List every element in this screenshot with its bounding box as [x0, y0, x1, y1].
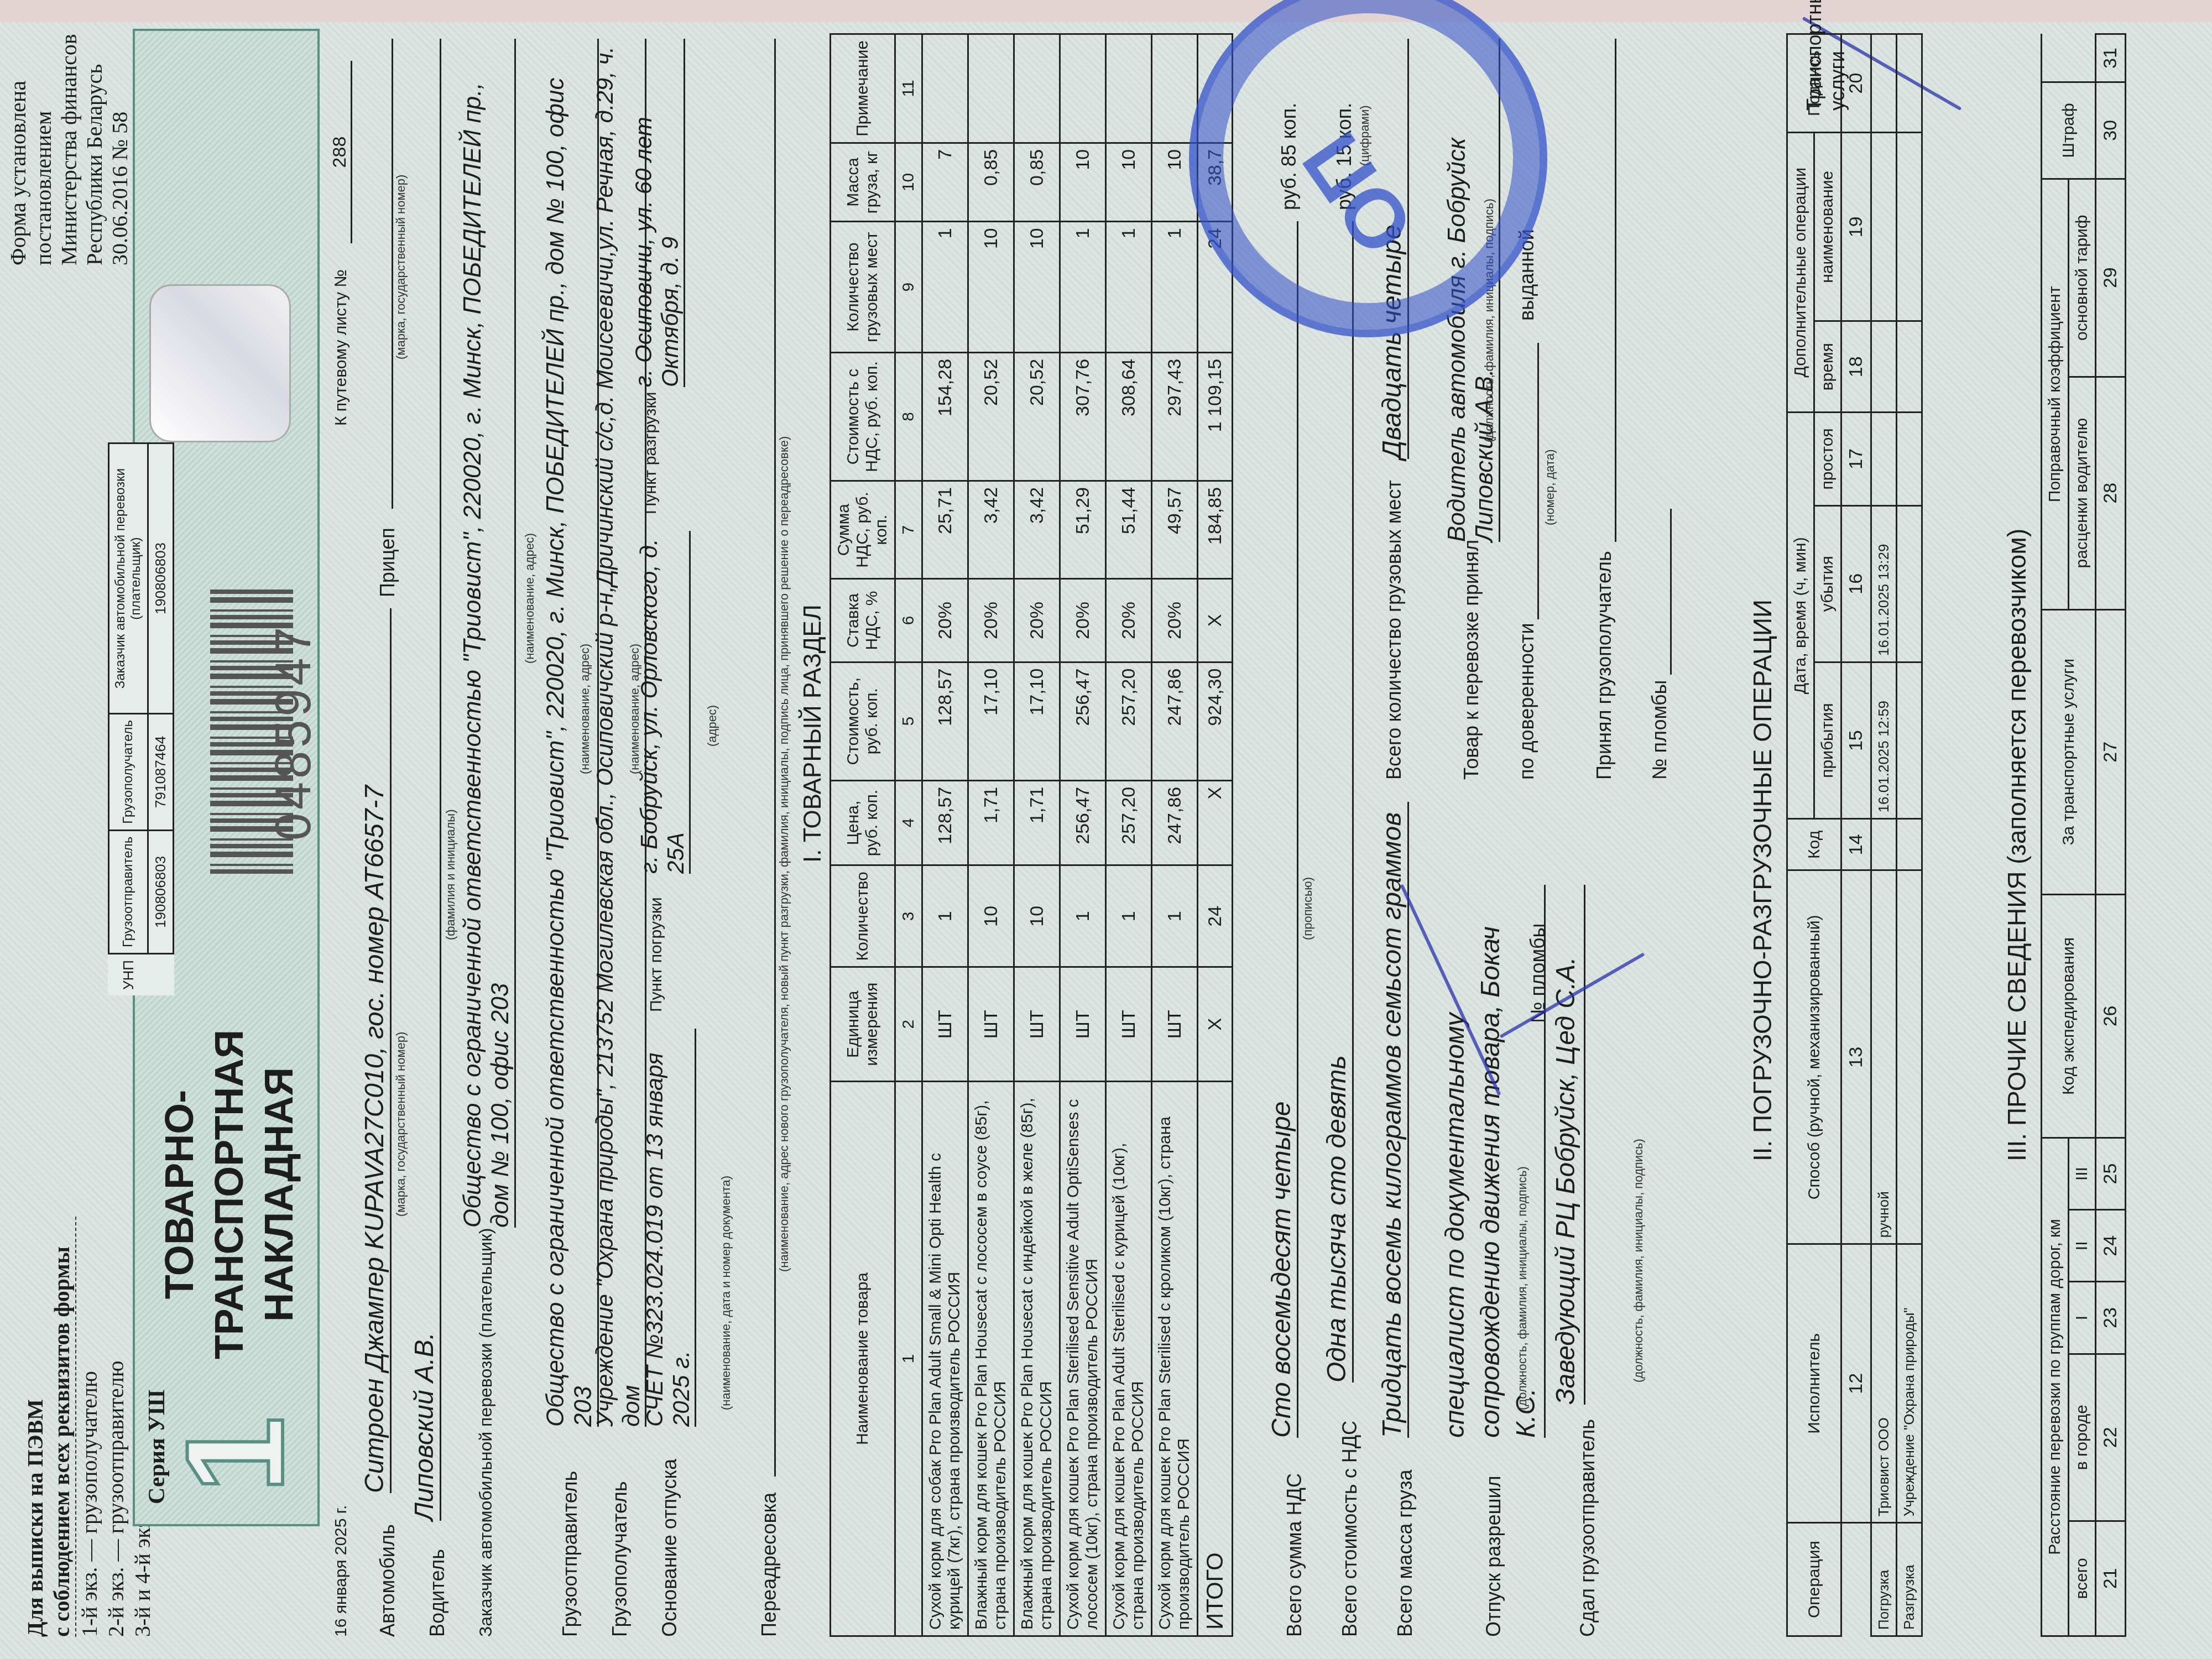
goods-cell-price: 247,86 — [1152, 780, 1198, 865]
basis-field: СЧЕТ №323.024.019 от 13 января 2025 г. — [641, 1029, 696, 1427]
goods-cell-vat_sum: 184,85 — [1198, 481, 1233, 578]
goods-column-header: Сумма НДС, руб. коп. — [831, 481, 895, 578]
column-number: 22 — [2096, 1354, 2126, 1521]
goods-cell-unit: ШТ — [922, 967, 968, 1082]
goods-cell-cost_vat: 307,76 — [1060, 352, 1106, 481]
loading-op-idle — [1871, 413, 1897, 505]
column-number: 8 — [895, 352, 922, 481]
handed-field: Заведующий РЦ Бобруйск, Цед С.А. — [1548, 885, 1585, 1405]
loading-op-row: ПогрузкаТриовист ОООручной16.01.2025 12:… — [1871, 34, 1897, 1636]
column-number: 19 — [1841, 133, 1871, 321]
places-total-label: Всего количество грузовых мест — [1383, 480, 1406, 780]
col-expedition: Код экспедирования — [2042, 894, 2096, 1138]
column-number: 12 — [1841, 1244, 1871, 1523]
transport-services-label: Транспортные услуги — [1803, 0, 1849, 111]
unloading-point-field: г. Осиповичи, ул. 60 лет Октября, д. 9 — [630, 39, 685, 387]
goods-cell-vat_sum: 25,71 — [922, 481, 968, 578]
unp-label: УНП — [109, 954, 148, 995]
column-number: 16 — [1841, 505, 1871, 662]
goods-cell-cost_vat: 20,52 — [968, 352, 1014, 481]
approval-line: Форма установлена — [6, 34, 31, 265]
document-title: ТОВАРНО-ТРАНСПОРТНАЯ НАКЛАДНАЯ — [155, 973, 304, 1416]
loading-op-code — [1897, 819, 1922, 870]
title-line: ТОВАРНО-ТРАНСПОРТНАЯ — [155, 973, 254, 1416]
goods-column-header: Цена, руб. коп. — [831, 780, 895, 865]
goods-cell-qty: 1 — [1152, 865, 1198, 967]
goods-row: Сухой корм для кошек Pro Plan Sterilised… — [1060, 34, 1106, 1636]
instruction-line: Для выписки на ПЭВМ — [22, 1217, 49, 1637]
col-extra-name: наименование — [1814, 133, 1841, 321]
column-number: 13 — [1841, 870, 1871, 1244]
loading-op-row: РазгрузкаУчреждение "Охрана природы" — [1897, 34, 1922, 1636]
title-line: НАКЛАДНАЯ — [254, 973, 304, 1416]
col-driver-rate: расценки водителю — [2069, 377, 2096, 609]
goods-cell-vat_rate: 20% — [922, 579, 968, 662]
goods-cell-price: Х — [1198, 780, 1233, 865]
received-label: Принял грузополучатель — [1593, 551, 1616, 780]
goods-cell-vat_sum: 3,42 — [968, 481, 1014, 578]
party-label: Грузополучатель — [109, 714, 148, 831]
readdress-hint: (наименование, адрес нового грузополучат… — [777, 436, 791, 1272]
column-number: 24 — [2096, 1210, 2126, 1282]
goods-cell-price: 128,57 — [922, 780, 968, 865]
loading-op-arrival: 16.01.2025 12:59 — [1871, 662, 1897, 818]
goods-cell-note — [968, 34, 1014, 143]
form-approval: Форма установлена постановлением Министе… — [6, 34, 133, 265]
goods-row: Влажный корм для кошек Pro Plan Housecat… — [968, 34, 1014, 1636]
shipper-label: Грузоотправитель — [559, 1471, 582, 1637]
goods-cell-name: Влажный корм для кошек Pro Plan Housecat… — [968, 1082, 1014, 1636]
cost-total-words: Одна тысяча сто девять — [1322, 221, 1354, 1383]
instruction-line: с соблюдением всех реквизитов формы — [49, 1217, 76, 1637]
words-hint: (прописью) — [1301, 877, 1315, 940]
goods-cell-name: Сухой корм для кошек Pro Plan Adult Ster… — [1106, 1082, 1152, 1636]
person-hint: (должность, фамилия, инициалы, подпись) — [1631, 1139, 1646, 1383]
loading-op-executor: Триовист ООО — [1871, 1244, 1897, 1523]
other-info-title: III. ПРОЧИЕ СВЕДЕНИЯ (заполняется перево… — [2002, 529, 2032, 1161]
loading-op-departure: 16.01.2025 13:29 — [1871, 505, 1897, 662]
waybill-ref-label: К путевому листу № — [332, 269, 351, 426]
basis-label: Основание отпуска — [658, 1459, 681, 1637]
goods-cell-cost_vat: 297,43 — [1152, 352, 1198, 481]
loading-op-signature — [1897, 34, 1922, 133]
loading-op-method — [1897, 870, 1922, 1244]
basis-hint: (наименование, дата и номер документа) — [719, 1176, 733, 1410]
col-group: III — [2069, 1138, 2096, 1209]
col-extra: Дополнительные операции — [1787, 133, 1814, 413]
release-label: Отпуск разрешил — [1482, 1475, 1505, 1637]
goods-cell-mass: 0,85 — [1014, 143, 1060, 222]
party-label: Заказчик автомобильной перевозки (плател… — [109, 444, 148, 714]
customer-field: Общество с ограниченной ответственностью… — [459, 39, 516, 1228]
loading-op-departure — [1897, 505, 1922, 662]
col-datetime: Дата, время (ч, мин) — [1787, 413, 1814, 819]
loading-ops-title: II. ПОГРУЗОЧНО-РАЗГРУЗОЧНЫЕ ОПЕРАЦИИ — [1747, 599, 1777, 1161]
goods-column-header: Количество грузовых мест — [831, 222, 895, 353]
column-number: 29 — [2096, 179, 2126, 377]
loading-op-operation: Погрузка — [1871, 1523, 1897, 1636]
goods-cell-cost: 128,57 — [922, 662, 968, 780]
loading-op-executor: Учреждение "Охрана природы" — [1897, 1244, 1922, 1523]
approval-line: постановлением — [31, 34, 56, 265]
goods-cell-price: 257,20 — [1106, 780, 1152, 865]
proxy-hint: (номер, дата) — [1543, 449, 1557, 525]
goods-row: Сухой корм для кошек Pro Plan Adult Ster… — [1106, 34, 1152, 1636]
col-arrival: прибытия — [1814, 662, 1841, 818]
goods-section-title: I. ТОВАРНЫЙ РАЗДЕЛ — [799, 604, 827, 863]
goods-cell-note — [922, 34, 968, 143]
goods-cell-qty: 10 — [1014, 865, 1060, 967]
background-surface — [0, 0, 2212, 22]
unloading-point-label: Пункт разгрузки — [641, 392, 660, 514]
vehicle-hint: (марка, государственный номер) — [394, 1032, 408, 1217]
loading-op-arrival — [1897, 662, 1922, 818]
goods-cell-mass: 10 — [1060, 143, 1106, 222]
column-number: 1 — [895, 1082, 922, 1636]
readdress-field — [741, 39, 776, 1477]
goods-cell-mass: 7 — [922, 143, 968, 222]
goods-row: Сухой корм для собак Pro Plan Adult Smal… — [922, 34, 968, 1636]
goods-cell-cost_vat: 308,64 — [1106, 352, 1152, 481]
trailer-hint: (марка, государственный номер) — [394, 175, 408, 359]
goods-cell-unit: ШТ — [1014, 967, 1060, 1082]
goods-cell-qty: 24 — [1198, 865, 1233, 967]
goods-cell-unit: ШТ — [1106, 967, 1152, 1082]
column-number: 26 — [2096, 894, 2126, 1138]
approval-line: Республики Беларусь — [82, 34, 107, 265]
goods-column-header: Наименование товара — [831, 1082, 895, 1636]
goods-cell-price: 1,71 — [968, 780, 1014, 865]
loading-op-extra_time — [1897, 321, 1922, 413]
received-field — [1587, 39, 1616, 542]
goods-cell-places: 10 — [968, 222, 1014, 353]
col-correction: Поправочный коэффициент — [2042, 179, 2069, 609]
loading-op-operation: Разгрузка — [1897, 1523, 1922, 1636]
cost-total-label: Всего стоимость с НДС — [1338, 1421, 1361, 1637]
mass-total-words: Тридцать восемь килограммов семьсот грам… — [1377, 802, 1409, 1438]
stamp-emblem: ОП — [1253, 44, 1473, 272]
goods-cell-vat_rate: 20% — [1106, 579, 1152, 662]
driver-field: Липовский А.В. — [409, 39, 441, 1521]
loading-op-signature — [1871, 34, 1897, 133]
col-distance: Расстояние перевозки по группам дорог, к… — [2042, 1138, 2069, 1636]
column-number: 3 — [895, 865, 922, 967]
goods-cell-vat_sum: 49,57 — [1152, 481, 1198, 578]
col-transport: За транспортные услуги — [2042, 609, 2096, 894]
unp-table: УНП Грузоотправитель Грузополучатель Зак… — [108, 442, 174, 995]
goods-cell-unit: Х — [1198, 967, 1233, 1082]
column-number: 23 — [2096, 1282, 2126, 1354]
loading-ops-table: Операция Исполнитель Способ (ручной, мех… — [1786, 33, 1923, 1637]
goods-table: Наименование товараЕдиница измеренияКоли… — [830, 33, 1233, 1637]
goods-cell-vat_rate: Х — [1198, 579, 1233, 662]
proxy-field — [1510, 343, 1539, 619]
column-number: 10 — [895, 143, 922, 222]
trailer-label: Прицеп — [376, 528, 399, 597]
approval-line: Министерства финансов — [56, 34, 82, 265]
column-number: 28 — [2096, 377, 2126, 609]
column-number: 7 — [895, 481, 922, 578]
goods-cell-price: 256,47 — [1060, 780, 1106, 865]
col-city: в городе — [2069, 1354, 2096, 1521]
goods-column-header: Количество — [831, 865, 895, 967]
goods-cell-cost_vat: 20,52 — [1014, 352, 1060, 481]
goods-cell-places: 1 — [1152, 222, 1198, 353]
goods-cell-cost: 924,30 — [1198, 662, 1233, 780]
column-number: 9 — [895, 222, 922, 353]
address-hint: (адрес) — [705, 705, 719, 747]
loading-point-label: Пункт погрузки — [647, 897, 666, 1012]
goods-cell-vat_rate: 20% — [1014, 579, 1060, 662]
goods-total-row: ИТОГОХ24Х924,30Х184,851 109,152438,7 — [1198, 34, 1233, 1636]
trailer-field — [359, 39, 393, 509]
accepted-label: Товар к перевозке принял — [1460, 540, 1483, 780]
column-number: 25 — [2096, 1138, 2126, 1209]
driver-hint: (фамилия и инициалы) — [444, 810, 458, 940]
goods-cell-vat_rate: 20% — [1152, 579, 1198, 662]
col-extra-time: время — [1814, 321, 1841, 413]
proxy-label: по доверенности — [1515, 623, 1538, 780]
goods-cell-name: Сухой корм для кошек Pro Plan Sterilised… — [1152, 1082, 1198, 1636]
waybill-ref-number: 288 — [329, 61, 352, 243]
copy-note: 1-й экз. — грузополучателю — [76, 1217, 103, 1637]
shipper-hint: (наименование, адрес) — [578, 644, 592, 774]
goods-cell-name: Сухой корм для кошек Pro Plan Sterilised… — [1060, 1082, 1106, 1636]
document-date: 16 января 2025 г. — [332, 1505, 351, 1637]
goods-cell-vat_sum: 3,42 — [1014, 481, 1060, 578]
party-unp: 190806803 — [148, 830, 174, 953]
column-number: 15 — [1841, 662, 1871, 818]
goods-cell-mass: 10 — [1106, 143, 1152, 222]
person-hint: (должность, фамилия, инициалы, подпись) — [1515, 1166, 1530, 1410]
goods-cell-places: 1 — [922, 222, 968, 353]
goods-cell-cost: 17,10 — [968, 662, 1014, 780]
approval-line: 30.06.2016 № 58 — [107, 34, 133, 265]
customer-label: Заказчик автомобильной перевозки (плател… — [476, 1228, 496, 1637]
other-info-table: Расстояние перевозки по группам дорог, к… — [2041, 33, 2126, 1637]
goods-cell-note — [1152, 34, 1198, 143]
column-number: 17 — [1841, 413, 1871, 505]
goods-cell-vat_sum: 51,29 — [1060, 481, 1106, 578]
customer-hint: (наименование, адрес) — [523, 533, 537, 664]
copy-note: 2-й экз. — грузоотправителю — [103, 1217, 129, 1637]
vat-total-words: Сто восемьдесят четыре — [1266, 221, 1298, 1438]
goods-cell-cost: 17,10 — [1014, 662, 1060, 780]
col-group: II — [2069, 1210, 2096, 1282]
goods-column-header: Стоимость, руб. коп. — [831, 662, 895, 780]
column-number: 27 — [2096, 609, 2126, 894]
goods-cell-unit: ШТ — [1152, 967, 1198, 1082]
goods-cell-cost: 256,47 — [1060, 662, 1106, 780]
col-idle: простоя — [1814, 413, 1841, 505]
column-number: 31 — [2096, 34, 2126, 82]
goods-cell-cost: 247,86 — [1152, 662, 1198, 780]
goods-cell-places: 1 — [1106, 222, 1152, 353]
loading-point-field: г. Бобруйск, ул. Орловского, д. 25А — [636, 531, 691, 874]
vehicle-label: Автомобиль — [376, 1524, 399, 1637]
column-number: 21 — [2096, 1521, 2126, 1636]
goods-cell-vat_sum: 51,44 — [1106, 481, 1152, 578]
col-total: всего — [2069, 1521, 2096, 1636]
col-code: Код — [1787, 819, 1841, 870]
column-number: 30 — [2096, 82, 2126, 179]
column-number: 18 — [1841, 321, 1871, 413]
goods-row: Влажный корм для кошек Pro Plan Housecat… — [1014, 34, 1060, 1636]
loading-op-extra_name — [1897, 133, 1922, 321]
goods-cell-price: 1,71 — [1014, 780, 1060, 865]
goods-cell-qty: 1 — [922, 865, 968, 967]
goods-cell-qty: 1 — [1106, 865, 1152, 967]
loading-op-method: ручной — [1871, 870, 1897, 1244]
goods-cell-name: Сухой корм для собак Pro Plan Adult Smal… — [922, 1082, 968, 1636]
goods-cell-cost: 257,20 — [1106, 662, 1152, 780]
goods-cell-name: Влажный корм для кошек Pro Plan Housecat… — [1014, 1082, 1060, 1636]
column-number: 11 — [895, 34, 922, 143]
goods-cell-cost_vat: 154,28 — [922, 352, 968, 481]
goods-cell-note — [1014, 34, 1060, 143]
goods-cell-places: 10 — [1014, 222, 1060, 353]
driver-label: Водитель — [426, 1549, 449, 1637]
vehicle-field: Ситроен Джампер KUPAVA27C010, гос. номер… — [359, 608, 392, 1493]
goods-column-header: Примечание — [831, 34, 895, 143]
party-unp: 791087464 — [148, 714, 174, 831]
copy-number: 1 — [166, 1416, 304, 1493]
goods-cell-qty: 10 — [968, 865, 1014, 967]
goods-cell-unit: ШТ — [1060, 967, 1106, 1082]
loading-op-idle — [1897, 413, 1922, 505]
received-seal-field — [1642, 509, 1672, 675]
goods-column-header: Единица измерения — [831, 967, 895, 1082]
goods-cell-vat_rate: 20% — [968, 579, 1014, 662]
document-number: 0485947 — [265, 624, 322, 841]
handed-label: Сдал грузоотправитель — [1576, 1419, 1599, 1637]
loading-op-code — [1871, 819, 1897, 870]
column-number: 2 — [895, 967, 922, 1082]
goods-cell-name: ИТОГО — [1198, 1082, 1233, 1636]
goods-cell-vat_rate: 20% — [1060, 579, 1106, 662]
goods-column-header: Стоимость с НДС, руб. коп. — [831, 352, 895, 481]
hologram-sticker — [149, 284, 291, 442]
consignee-label: Грузополучатель — [608, 1481, 632, 1637]
goods-cell-cost_vat: 1 109,15 — [1198, 352, 1233, 481]
goods-column-header: Ставка НДС, % — [831, 579, 895, 662]
goods-cell-unit: ШТ — [968, 967, 1014, 1082]
column-number: 5 — [895, 662, 922, 780]
goods-column-header: Масса груза, кг — [831, 143, 895, 222]
readdress-label: Переадресовка — [758, 1493, 781, 1637]
mass-total-label: Всего масса груза — [1394, 1470, 1417, 1637]
goods-row: Сухой корм для кошек Pro Plan Sterilised… — [1152, 34, 1198, 1636]
goods-cell-qty: 1 — [1060, 865, 1106, 967]
vat-total-label: Всего сумма НДС — [1283, 1473, 1306, 1637]
received-seal-label: № пломбы — [1648, 680, 1671, 780]
goods-cell-places: 1 — [1060, 222, 1106, 353]
col-departure: убытия — [1814, 505, 1841, 662]
column-number: 6 — [895, 579, 922, 662]
col-fine: Штраф — [2042, 82, 2096, 179]
col-executor: Исполнитель — [1787, 1244, 1841, 1523]
waybill-sheet: Для выписки на ПЭВМ с соблюдением всех р… — [0, 0, 2212, 1659]
col-method: Способ (ручной, механизированный) — [1787, 870, 1841, 1244]
goods-cell-note — [1060, 34, 1106, 143]
column-number: 4 — [895, 780, 922, 865]
column-number: 14 — [1841, 819, 1871, 870]
col-base-tariff: основной тариф — [2069, 179, 2096, 377]
party-unp: 190806803 — [148, 444, 174, 714]
col-operation: Операция — [1787, 1523, 1841, 1636]
col-group: I — [2069, 1282, 2096, 1354]
goods-cell-mass: 0,85 — [968, 143, 1014, 222]
goods-cell-note — [1106, 34, 1152, 143]
party-label: Грузоотправитель — [109, 830, 148, 953]
loading-op-extra_time — [1871, 321, 1897, 413]
loading-op-extra_name — [1871, 133, 1897, 321]
